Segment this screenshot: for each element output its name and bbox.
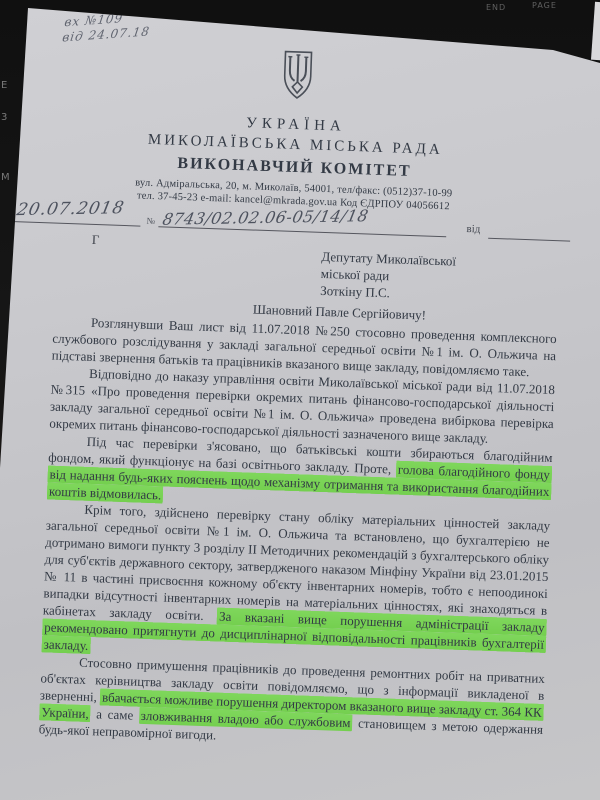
photographed-letter-scene: END PAGE E 3 M вх №109 від 24.07.18 УКРА [0, 0, 600, 800]
address-corner-mark: Г [92, 232, 100, 248]
letter-paper: вх №109 від 24.07.18 УКРАЇНА МИКОЛАЇВСЬК… [0, 0, 600, 800]
from-label: від [466, 223, 480, 235]
letter-body: Розглянувши Ваш лист від 11.07.2018 №250… [38, 313, 557, 755]
background-object-edge [591, 2, 600, 61]
handwritten-date: 20.07.2018 [15, 198, 126, 220]
body-paragraph: Крім того, здійснено перевірку стану обл… [41, 499, 550, 669]
keyboard-key-label: M [1, 172, 11, 183]
body-paragraph: Стосовно примушення працівників до прове… [38, 652, 545, 755]
handwritten-reference-number: 8743/02.02.06-05/14/18 [161, 206, 370, 229]
body-text: Крім того, здійснено перевірку стану обл… [43, 502, 551, 624]
handwritten-inbox-stamp: вх №109 від 24.07.18 [61, 9, 153, 45]
keyboard-key-label: END [486, 3, 506, 12]
reference-underline [158, 226, 446, 237]
body-text: а саме [91, 706, 140, 723]
keyboard-key-label: PAGE [532, 1, 557, 10]
keyboard-key-label: E [1, 80, 8, 91]
recipient-block: Депутату Миколаївської міської ради Зотк… [320, 248, 542, 307]
from-underline [488, 238, 570, 242]
date-underline [14, 221, 140, 226]
number-label: № [146, 216, 155, 226]
keyboard-key-label: 3 [1, 112, 8, 123]
